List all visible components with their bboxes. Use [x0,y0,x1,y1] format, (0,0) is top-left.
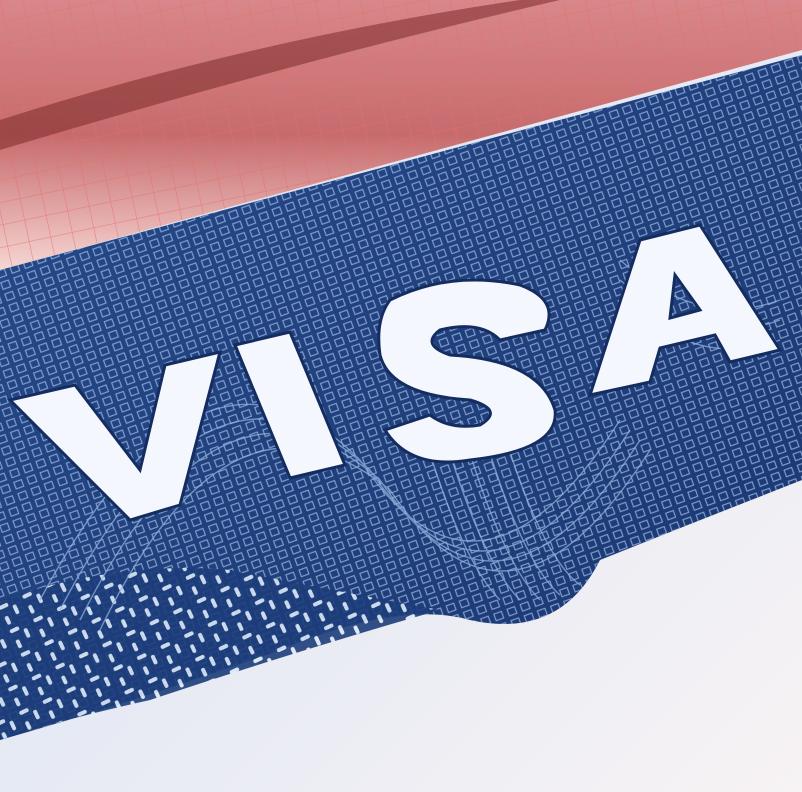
visa-illustration: VISA [0,0,802,792]
visa-photo: VISA [0,0,802,792]
